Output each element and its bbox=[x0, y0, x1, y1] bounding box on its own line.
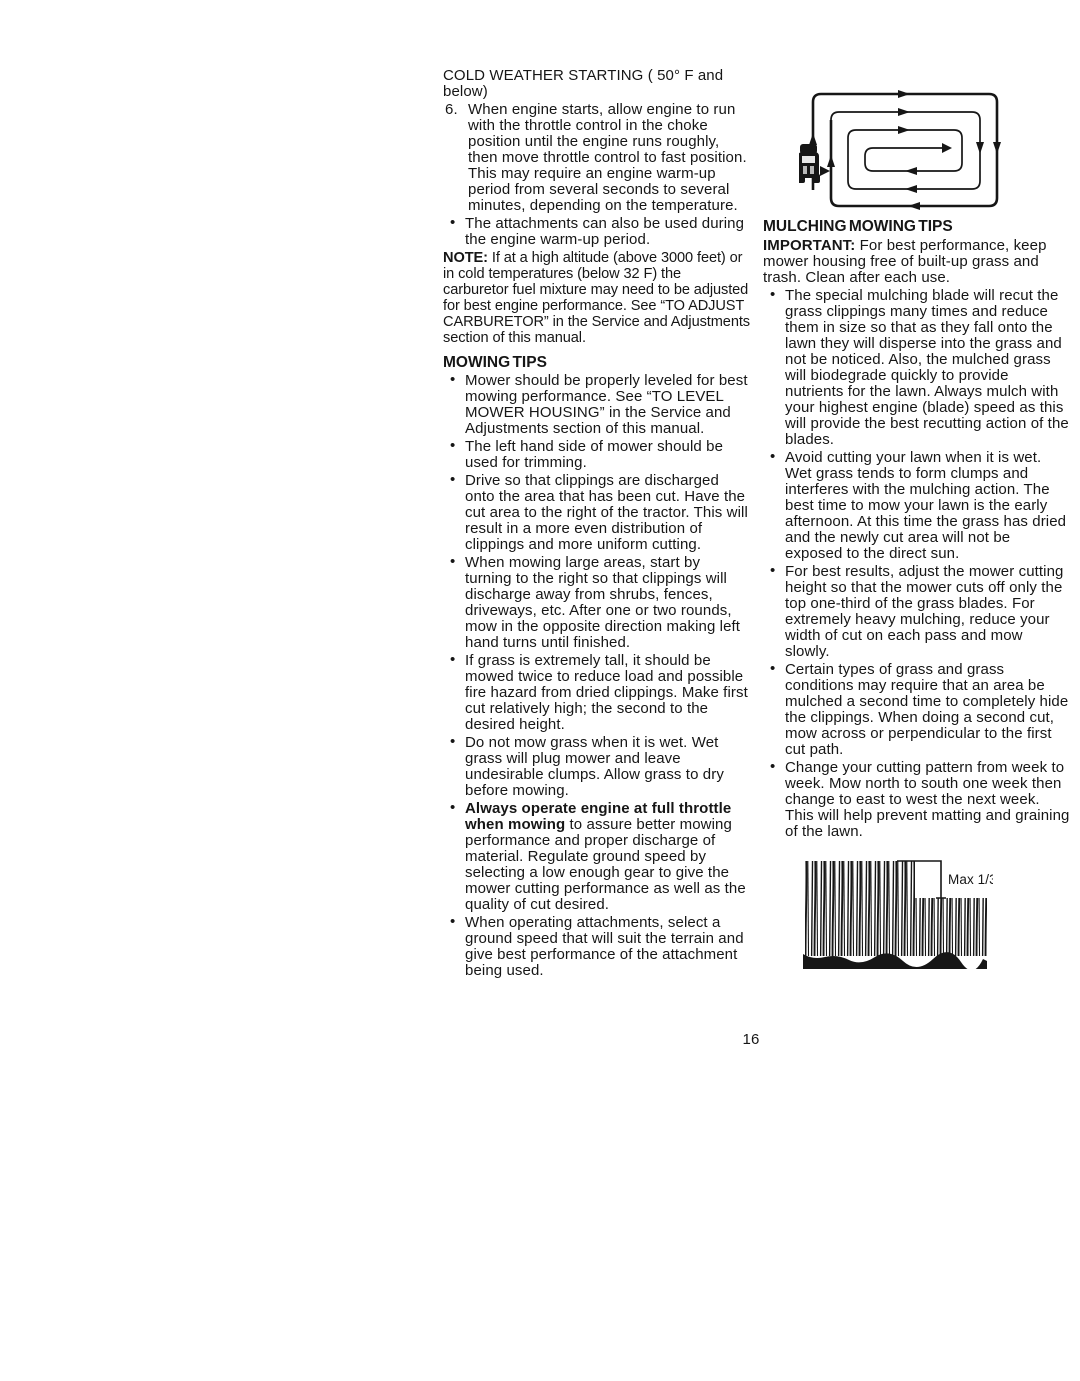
note-label: NOTE: bbox=[443, 250, 488, 266]
bullet-item: For best results, adjust the mower cutti… bbox=[763, 564, 1071, 660]
mowing-tips-heading: MOWING TIPS bbox=[443, 355, 750, 371]
note-paragraph: NOTE: If at a high altitude (above 3000 … bbox=[443, 250, 750, 346]
tractor-icon bbox=[799, 144, 830, 183]
bullet-item: Certain types of grass and grass conditi… bbox=[763, 662, 1071, 758]
bullet-item-throttle: Always operate engine at full throttle w… bbox=[443, 801, 750, 913]
step-6: 6. When engine starts, allow engine to r… bbox=[443, 102, 750, 214]
bullet-item: Drive so that clippings are discharged o… bbox=[443, 473, 750, 553]
mulching-tips-heading: MULCHING MOWING TIPS bbox=[763, 219, 1071, 235]
bullet-item: The special mulching blade will recut th… bbox=[763, 288, 1071, 448]
mulching-tips-list: The special mulching blade will recut th… bbox=[763, 288, 1071, 840]
grass-height-figure: Max 1/3" bbox=[801, 851, 993, 969]
manual-page: COLD WEATHER STARTING ( 50° F and below)… bbox=[0, 0, 1080, 1381]
short-grass bbox=[915, 898, 987, 956]
right-column: MULCHING MOWING TIPS IMPORTANT: For best… bbox=[763, 68, 1071, 969]
tall-grass bbox=[805, 861, 915, 956]
warmup-list: The attachments can also be used during … bbox=[443, 216, 750, 248]
spiral-arrowheads bbox=[809, 90, 1001, 210]
bullet-item: Avoid cutting your lawn when it is wet. … bbox=[763, 450, 1071, 562]
note-text: If at a high altitude (above 3000 feet) … bbox=[443, 250, 750, 346]
bullet-item: When mowing large areas, start by turnin… bbox=[443, 555, 750, 651]
bullet-item: The left hand side of mower should be us… bbox=[443, 439, 750, 471]
left-column: COLD WEATHER STARTING ( 50° F and below)… bbox=[443, 68, 750, 979]
important-paragraph: IMPORTANT: For best performance, keep mo… bbox=[763, 238, 1071, 286]
mowing-pattern-diagram bbox=[799, 82, 1011, 210]
bullet-item: Do not mow grass when it is wet. Wet gra… bbox=[443, 735, 750, 799]
bullet-item: Change your cutting pattern from week to… bbox=[763, 760, 1071, 840]
cold-weather-heading: COLD WEATHER STARTING ( 50° F and below) bbox=[443, 68, 750, 100]
max-height-label: Max 1/3" bbox=[948, 872, 993, 887]
page-number: 16 bbox=[701, 1032, 801, 1048]
grass-height-illustration: Max 1/3" bbox=[801, 851, 993, 969]
bullet-item: When operating attachments, select a gro… bbox=[443, 915, 750, 979]
bullet-item: If grass is extremely tall, it should be… bbox=[443, 653, 750, 733]
bullet-item: The attachments can also be used during … bbox=[443, 216, 750, 248]
step-number: 6. bbox=[445, 102, 458, 118]
bullet-item: Mower should be properly leveled for bes… bbox=[443, 373, 750, 437]
mowing-pattern-figure bbox=[799, 82, 1011, 210]
tractor-direction-arrow bbox=[820, 166, 830, 176]
mowing-tips-list: Mower should be properly leveled for bes… bbox=[443, 373, 750, 979]
spiral-mid-path bbox=[831, 112, 980, 189]
important-label: IMPORTANT: bbox=[763, 237, 855, 254]
step-text: When engine starts, allow engine to run … bbox=[468, 102, 750, 214]
